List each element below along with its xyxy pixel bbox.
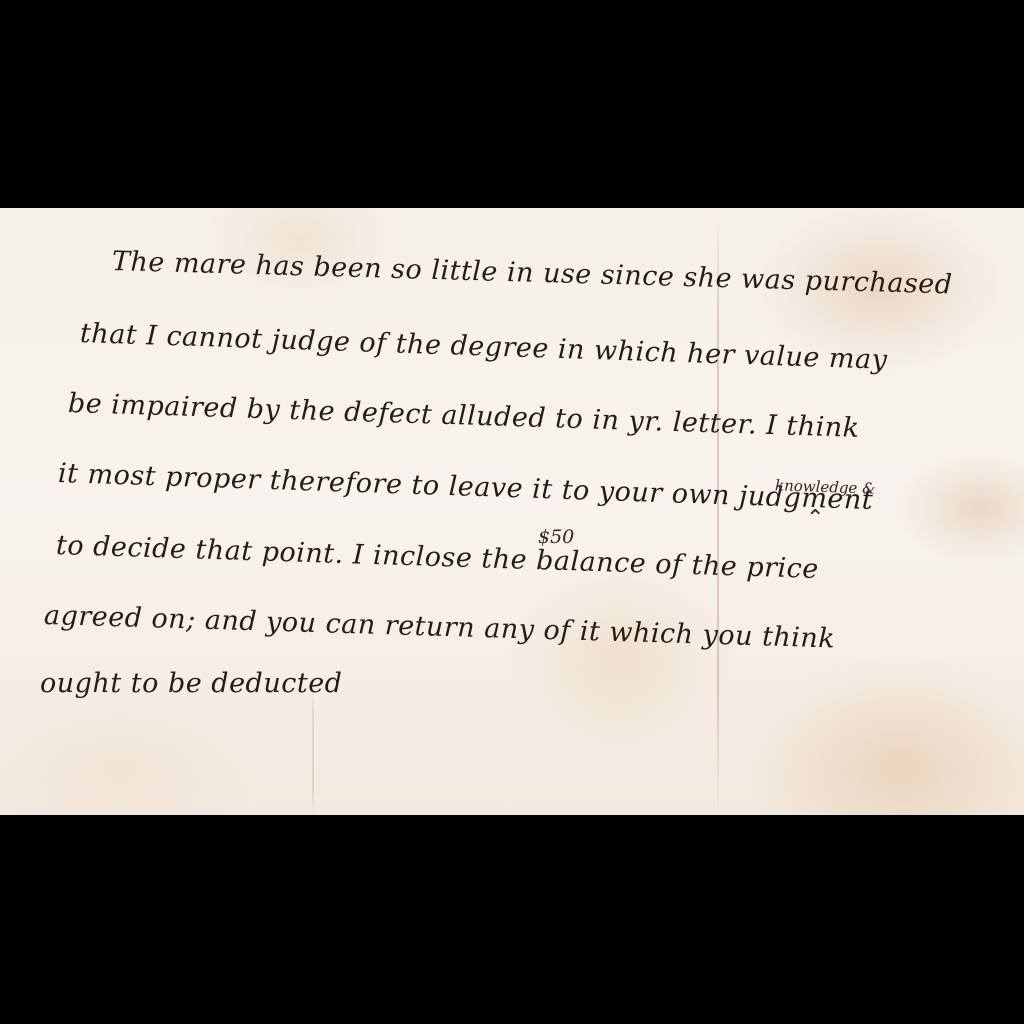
letter-line-4: it most proper therefore to leave it to … <box>57 458 873 516</box>
letter-line-5: to decide that point. I inclose the bala… <box>56 530 820 585</box>
fold-crease <box>312 688 314 815</box>
letter-line-7: ought to be deducted <box>40 668 342 699</box>
insertion-amount: $50 <box>538 526 574 548</box>
insertion-knowledge: knowledge & <box>775 476 876 497</box>
letter-line-3: be impaired by the defect alluded to in … <box>68 388 860 444</box>
letter-line-1: The mare has been so little in use since… <box>112 246 953 300</box>
fold-crease <box>717 208 719 815</box>
insertion-caret: ⌃ <box>806 506 824 531</box>
letter-line-2: that I cannot judge of the degree in whi… <box>79 318 887 376</box>
letter-paper: The mare has been so little in use since… <box>0 208 1024 815</box>
